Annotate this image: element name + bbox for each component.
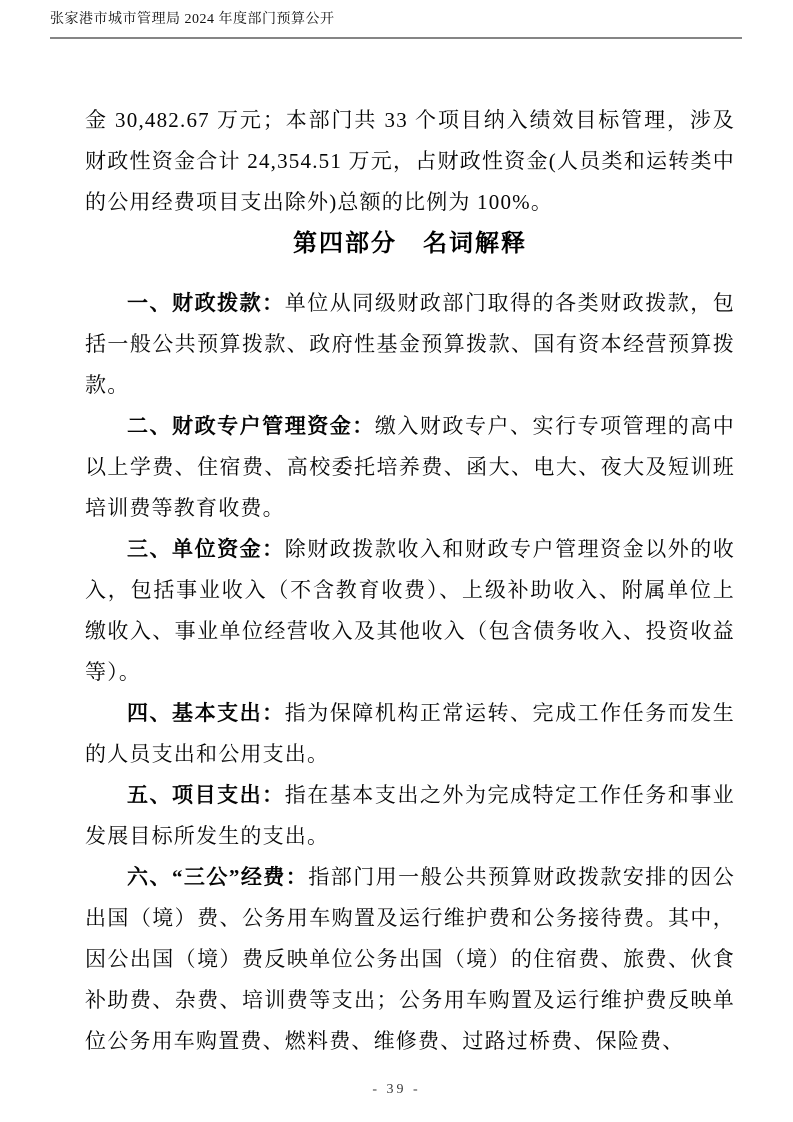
term-label: 六、“三公”经费： [127,865,308,889]
intro-paragraph: 金 30,482.67 万元；本部门共 33 个项目纳入绩效目标管理，涉及财政性… [85,100,735,223]
term-label: 二、财政专户管理资金： [127,414,375,438]
term-definition: 指部门用一般公共预算财政拨款安排的因公出国（境）费、公务用车购置及运行维护费和公… [85,865,735,1053]
document-title: 张家港市城市管理局 2024 年度部门预算公开 [50,12,335,27]
term-item: 五、项目支出：指在基本支出之外为完成特定工作任务和事业发展目标所发生的支出。 [85,775,735,857]
term-label: 三、单位资金： [127,537,285,561]
page-number: - 39 - [372,1082,420,1097]
term-item: 二、财政专户管理资金：缴入财政专户、实行专项管理的高中以上学费、住宿费、高校委托… [85,406,735,529]
term-label: 四、基本支出： [127,701,285,725]
term-item: 六、“三公”经费：指部门用一般公共预算财政拨款安排的因公出国（境）费、公务用车购… [85,857,735,1062]
term-label: 一、财政拨款： [127,291,285,315]
page-header: 张家港市城市管理局 2024 年度部门预算公开 [50,10,742,39]
page-footer: - 39 - [0,1082,793,1098]
document-body: 金 30,482.67 万元；本部门共 33 个项目纳入绩效目标管理，涉及财政性… [85,100,735,1062]
term-label: 五、项目支出： [127,783,285,807]
section-heading: 第四部分 名词解释 [85,229,735,259]
term-item: 四、基本支出：指为保障机构正常运转、完成工作任务而发生的人员支出和公用支出。 [85,693,735,775]
term-item: 三、单位资金：除财政拨款收入和财政专户管理资金以外的收入，包括事业收入（不含教育… [85,529,735,693]
term-item: 一、财政拨款：单位从同级财政部门取得的各类财政拨款，包括一般公共预算拨款、政府性… [85,283,735,406]
document-page: 张家港市城市管理局 2024 年度部门预算公开 金 30,482.67 万元；本… [0,0,793,1122]
